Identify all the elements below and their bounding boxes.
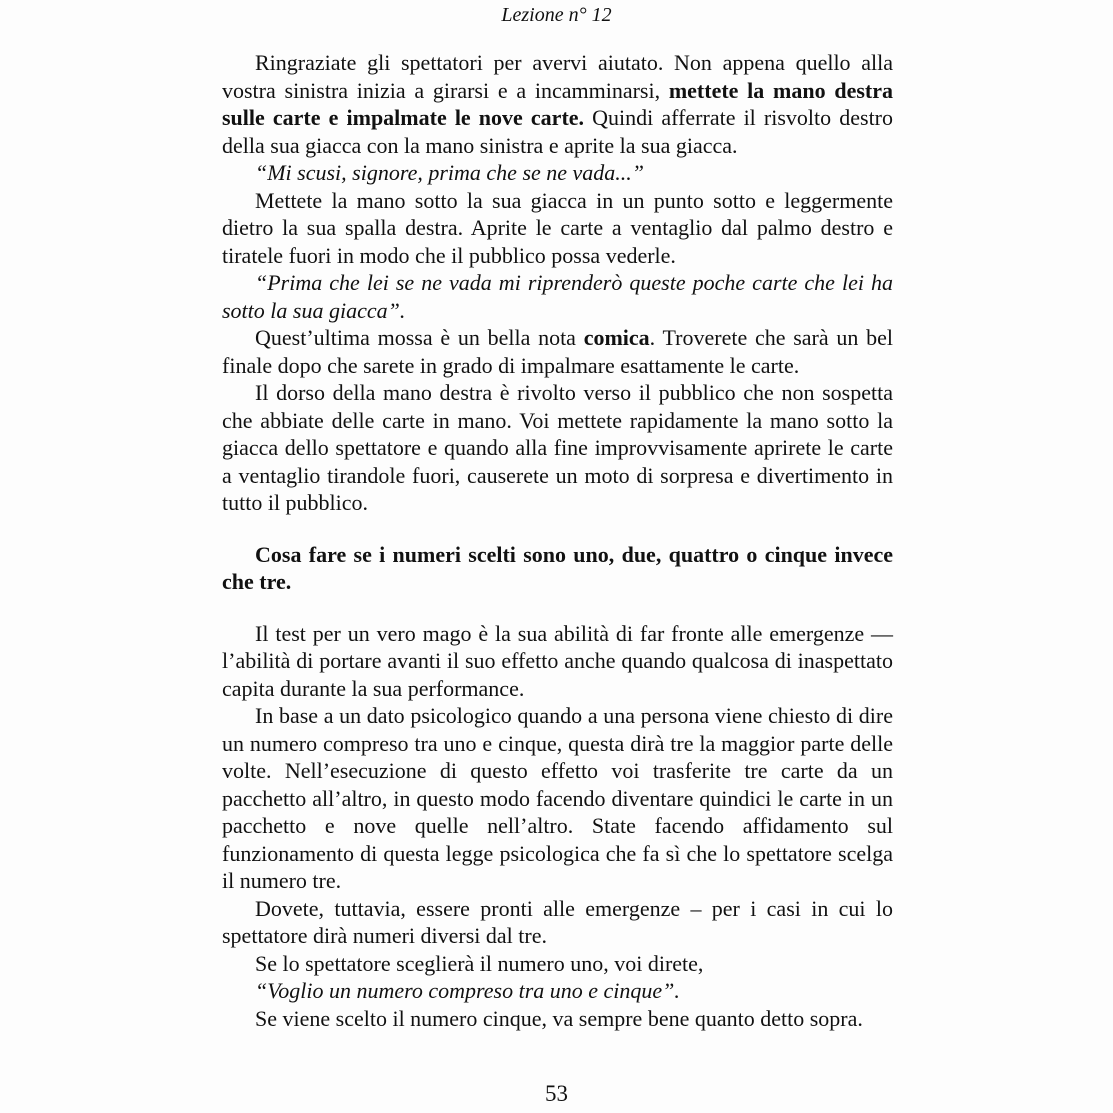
running-header: Lezione n° 12: [0, 3, 1113, 27]
paragraph: Dovete, tuttavia, essere pronti alle eme…: [222, 895, 893, 950]
paragraph: Se viene scelto il numero cinque, va sem…: [222, 1005, 893, 1033]
text-run: “Prima che lei se ne vada mi riprenderò …: [222, 270, 893, 323]
text-run: Quest’ultima mossa è un bella nota: [255, 325, 584, 350]
paragraph: Il test per un vero mago è la sua abilit…: [222, 620, 893, 703]
text-run: Se viene scelto il numero cinque, va sem…: [255, 1006, 863, 1031]
text-run: “Voglio un numero compreso tra uno e cin…: [255, 978, 680, 1003]
quote-paragraph: “Prima che lei se ne vada mi riprenderò …: [222, 269, 893, 324]
text-run: “Mi scusi, signore, prima che se ne vada…: [255, 160, 644, 185]
paragraph: Se lo spettatore sceglierà il numero uno…: [222, 950, 893, 978]
paragraph: Il dorso della mano destra è rivolto ver…: [222, 379, 893, 517]
text-run: Cosa fare se i numeri scelti sono uno, d…: [222, 542, 893, 595]
paragraph: Quest’ultima mossa è un bella nota comic…: [222, 324, 893, 379]
section-heading: Cosa fare se i numeri scelti sono uno, d…: [222, 541, 893, 596]
book-page: Lezione n° 12 Ringraziate gli spettatori…: [0, 0, 1113, 1113]
text-run: Il test per un vero mago è la sua abilit…: [222, 621, 893, 701]
page-body: Ringraziate gli spettatori per avervi ai…: [222, 49, 893, 1032]
quote-paragraph: “Voglio un numero compreso tra uno e cin…: [222, 977, 893, 1005]
page-number: 53: [0, 1080, 1113, 1107]
paragraph: Mettete la mano sotto la sua giacca in u…: [222, 187, 893, 270]
text-run: comica: [584, 325, 650, 350]
text-run: In base a un dato psicologico quando a u…: [222, 703, 893, 893]
text-run: Mettete la mano sotto la sua giacca in u…: [222, 188, 893, 268]
text-run: Il dorso della mano destra è rivolto ver…: [222, 380, 893, 515]
paragraph: Ringraziate gli spettatori per avervi ai…: [222, 49, 893, 159]
text-run: Se lo spettatore sceglierà il numero uno…: [255, 951, 703, 976]
text-run: Dovete, tuttavia, essere pronti alle eme…: [222, 896, 893, 949]
paragraph: In base a un dato psicologico quando a u…: [222, 702, 893, 895]
quote-paragraph: “Mi scusi, signore, prima che se ne vada…: [222, 159, 893, 187]
